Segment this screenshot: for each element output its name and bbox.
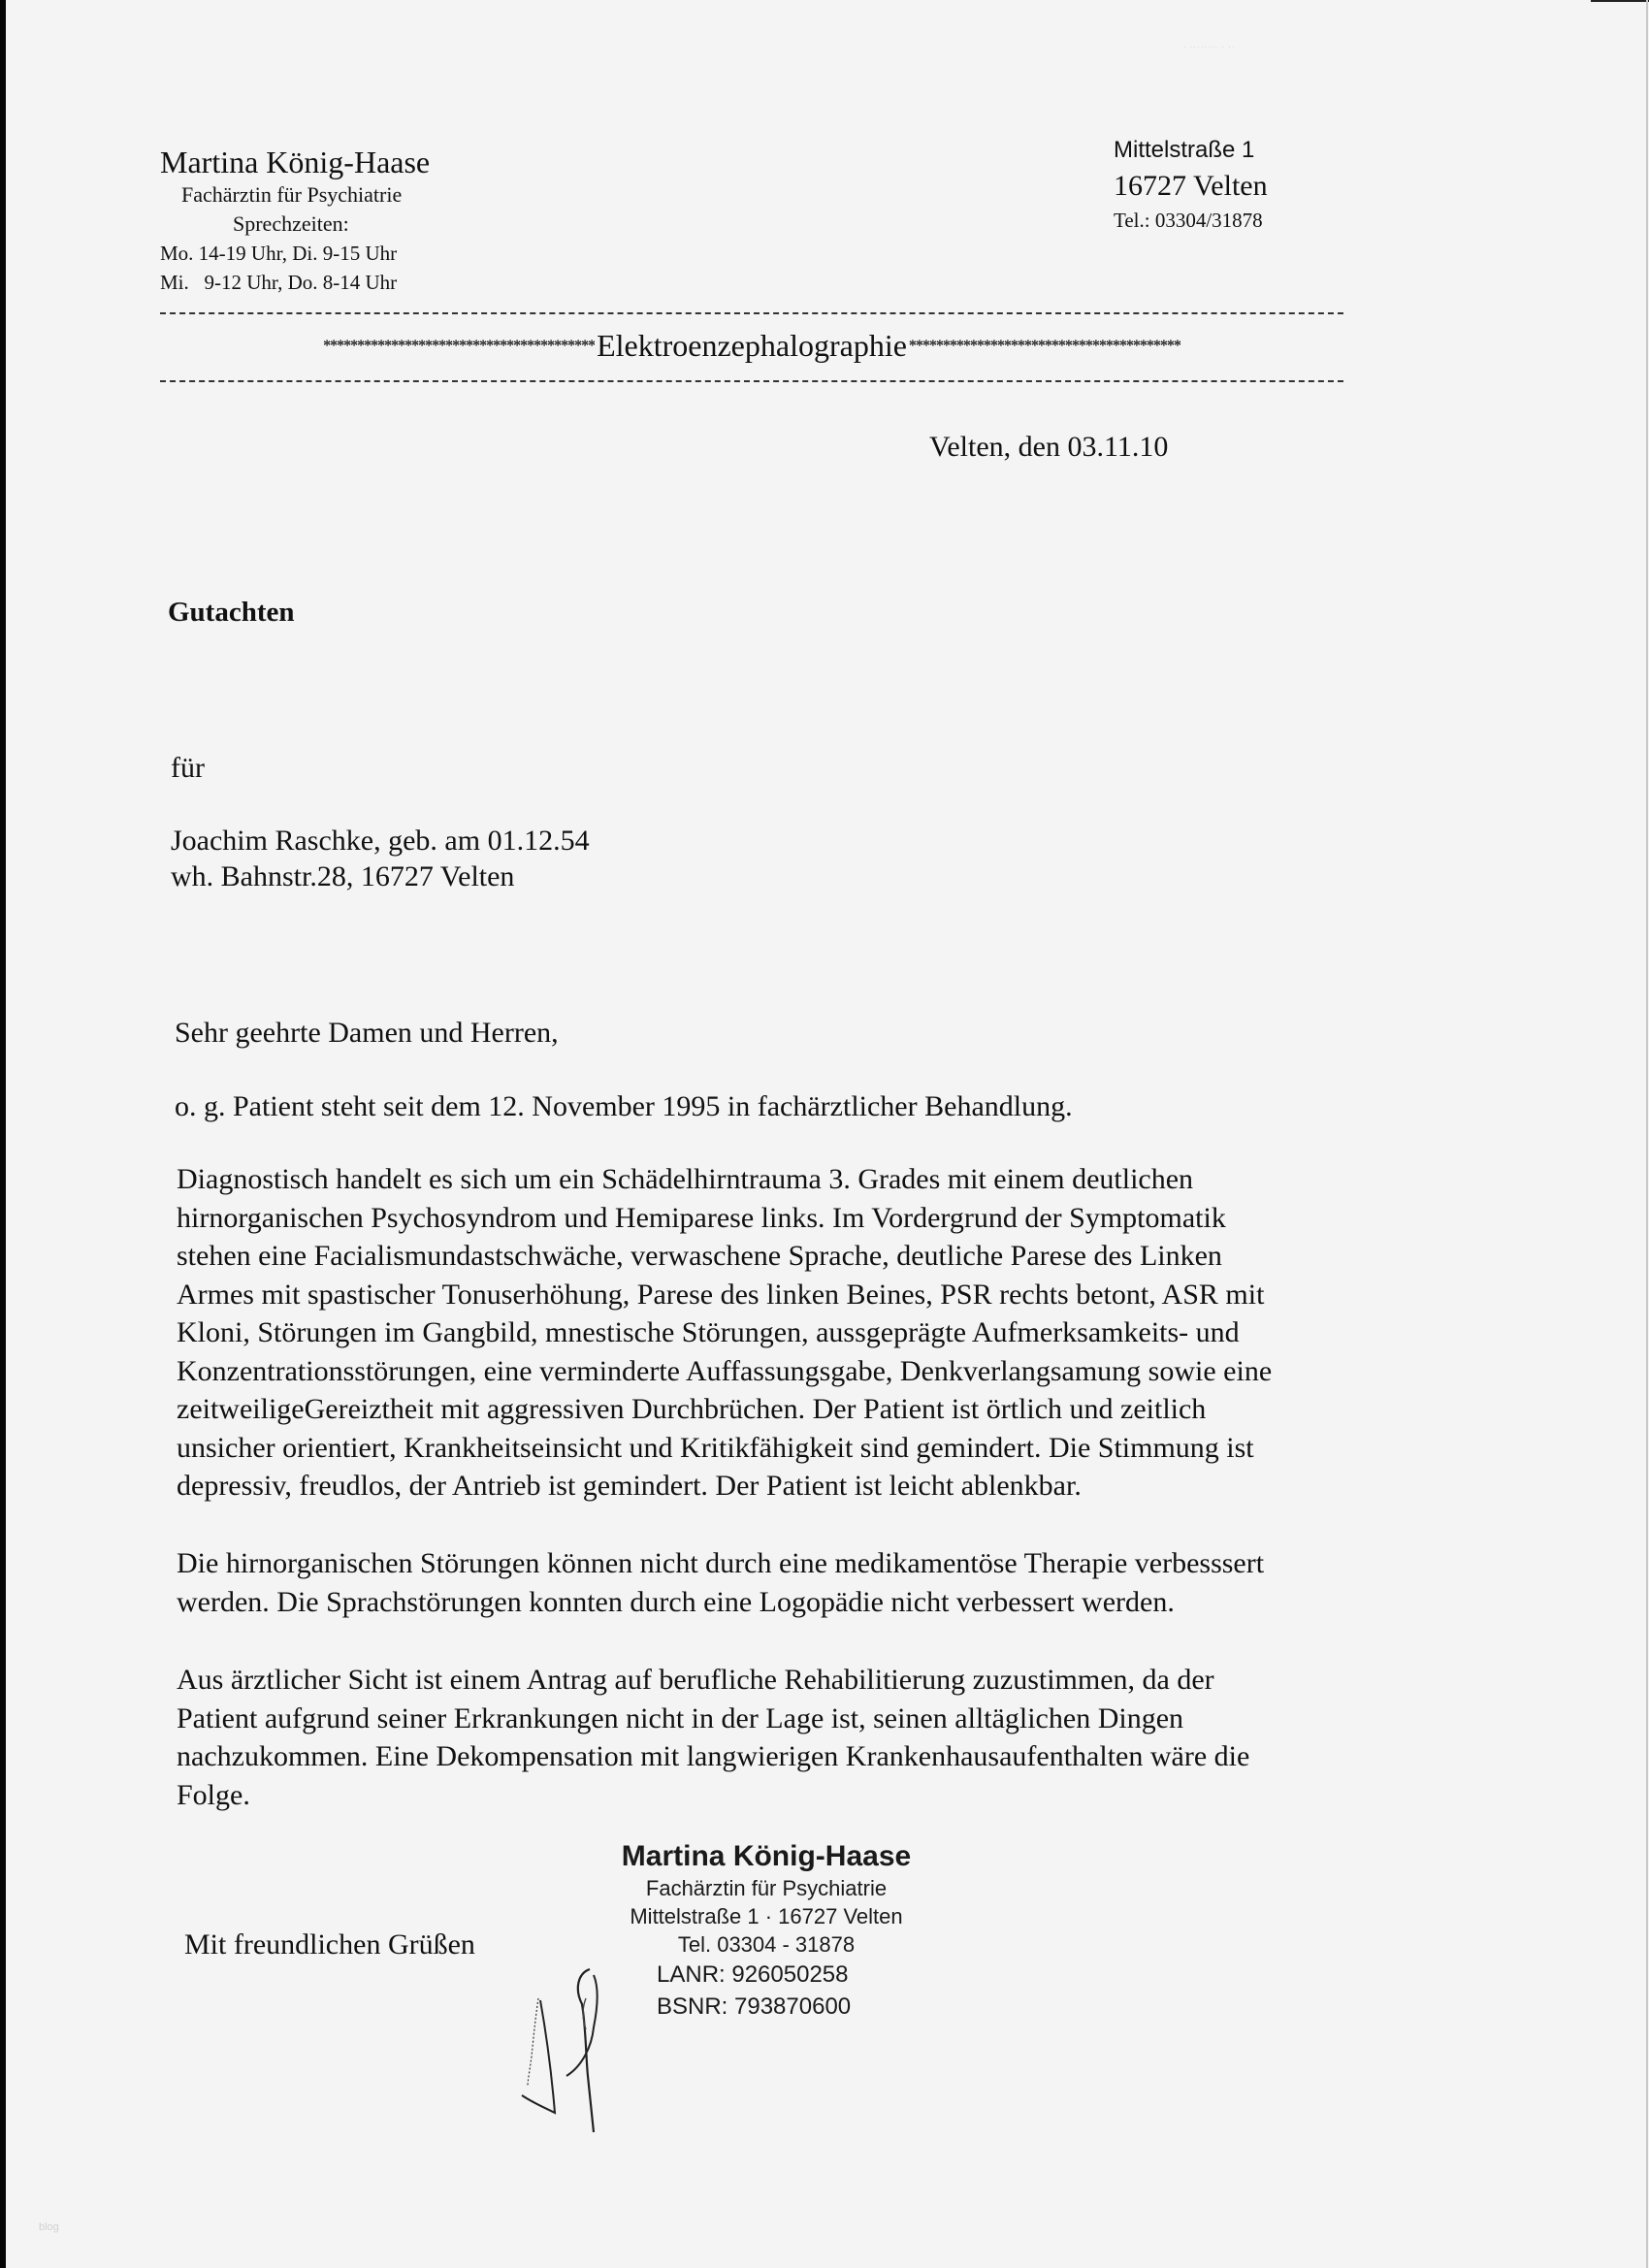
therapy-paragraph: Die hirnorganischen Störungen können nic… (177, 1544, 1408, 1621)
department-banner: ****************************************… (160, 328, 1343, 364)
patient-address: wh. Bahnstr.28, 16727 Velten (171, 859, 590, 894)
text-line: hirnorganischen Psychosyndrom und Hemipa… (177, 1199, 1408, 1238)
stamp-specialty: Fachärztin für Psychiatrie (601, 1874, 931, 1902)
banner-stars-right: **************************************** (909, 338, 1343, 355)
letterhead-address: Mittelstraße 1 16727 Velten Tel.: 03304/… (1114, 134, 1268, 235)
patient-info: Joachim Raschke, geb. am 01.12.54 wh. Ba… (171, 823, 590, 894)
text-line: Konzentrationsstörungen, eine vermindert… (177, 1352, 1408, 1391)
text-line: Aus ärztlicher Sicht ist einem Antrag au… (177, 1661, 1408, 1700)
scan-edge-left (0, 0, 6, 2268)
stamp-address: Mittelstraße 1 · 16727 Velten (601, 1902, 931, 1930)
text-line: nachzukommen. Eine Dekompensation mit la… (177, 1737, 1408, 1776)
office-hours-label: Sprechzeiten: (233, 210, 490, 239)
divider-top (160, 312, 1343, 314)
text-line: Kloni, Störungen im Gangbild, mnestische… (177, 1313, 1408, 1352)
text-line: Diagnostisch handelt es sich um ein Schä… (177, 1160, 1408, 1199)
text-line: zeitweiligeGereiztheit mit aggressiven D… (177, 1390, 1408, 1429)
document-title: Gutachten (168, 597, 295, 629)
stamp-name: Martina König-Haase (601, 1839, 931, 1874)
scan-edge-right (1646, 0, 1648, 2268)
scan-edge-top (1591, 0, 1649, 2)
divider-bottom (160, 380, 1343, 382)
doctor-specialty: Fachärztin für Psychiatrie (181, 180, 490, 210)
letter-date: Velten, den 03.11.10 (929, 431, 1168, 464)
practice-phone: Tel.: 03304/31878 (1114, 206, 1268, 235)
text-line: Patient aufgrund seiner Erkrankungen nic… (177, 1700, 1408, 1738)
practice-city: 16727 Velten (1114, 167, 1268, 206)
patient-name-dob: Joachim Raschke, geb. am 01.12.54 (171, 823, 590, 859)
closing-phrase: Mit freundlichen Grüßen (184, 1928, 475, 1961)
intro-sentence: o. g. Patient steht seit dem 12. Novembe… (175, 1090, 1073, 1123)
recipient-label: für (171, 752, 205, 785)
salutation: Sehr geehrte Damen und Herren, (175, 1017, 559, 1050)
watermark-text: blog (39, 2221, 59, 2233)
text-line: Armes mit spastischer Tonuserhöhung, Par… (177, 1276, 1408, 1314)
stamp-phone: Tel. 03304 - 31878 (601, 1930, 931, 1959)
text-line: depressiv, freudlos, der Antrieb ist gem… (177, 1467, 1408, 1506)
scan-artifact: · ········ · ·· (1183, 43, 1236, 51)
office-hours-line: Mo. 14-19 Uhr, Di. 9-15 Uhr (160, 239, 490, 268)
banner-stars-left: **************************************** (160, 338, 595, 355)
practice-street: Mittelstraße 1 (1114, 134, 1268, 167)
text-line: werden. Die Sprachstörungen konnten durc… (177, 1583, 1408, 1622)
doctor-name: Martina König-Haase (160, 144, 490, 180)
letterhead-left: Martina König-Haase Fachärztin für Psych… (160, 144, 490, 297)
diagnosis-paragraph: Diagnostisch handelt es sich um ein Schä… (177, 1160, 1408, 1506)
handwritten-signature (485, 1960, 660, 2134)
office-hours-line: Mi. 9-12 Uhr, Do. 8-14 Uhr (160, 268, 490, 297)
text-line: Die hirnorganischen Störungen können nic… (177, 1544, 1408, 1583)
banner-title: Elektroenzephalographie (595, 328, 909, 364)
text-line: stehen eine Facialismundastschwäche, ver… (177, 1237, 1408, 1276)
recommendation-paragraph: Aus ärztlicher Sicht ist einem Antrag au… (177, 1661, 1408, 1814)
text-line: Folge. (177, 1776, 1408, 1815)
text-line: unsicher orientiert, Krankheitseinsicht … (177, 1429, 1408, 1468)
